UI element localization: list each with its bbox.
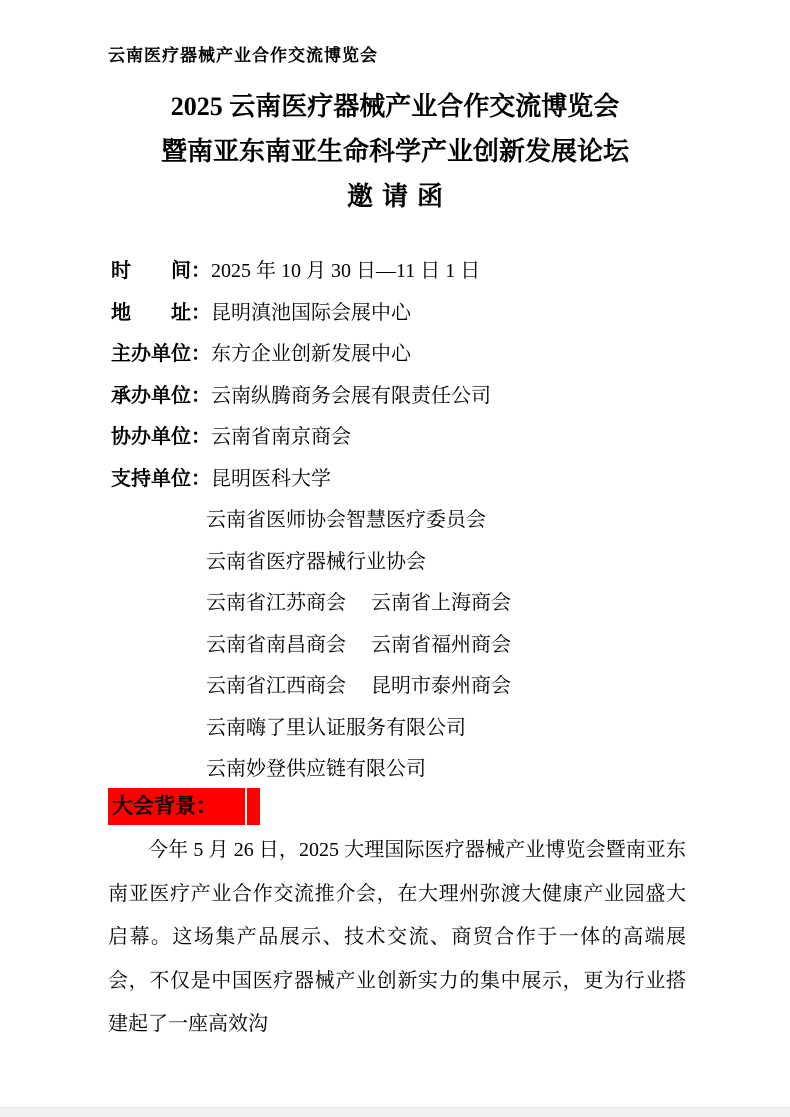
title-line-1: 2025 云南医疗器械产业合作交流博览会 [0, 84, 790, 129]
info-value: 云南省南京商会 [211, 426, 351, 448]
support-unit-line: 云南省南昌商会 云南省福州商会 [111, 625, 691, 667]
info-label: 地址： [111, 293, 211, 335]
info-label: 时间： [111, 251, 211, 293]
info-label-text: 承办单位 [111, 376, 191, 418]
section-heading-text: 大会背景： [108, 788, 245, 825]
support-unit-line: 云南省江西商会 昆明市泰州商会 [111, 666, 691, 708]
support-unit-line: 云南省医疗器械行业协会 [111, 542, 691, 584]
info-value: 云南纵腾商务会展有限责任公司 [211, 385, 491, 407]
support-unit: 云南省医师协会智慧医疗委员会 [206, 509, 486, 531]
background-paragraph: 今年 5 月 26 日，2025 大理国际医疗器械产业博览会暨南亚东南亚医疗产业… [108, 829, 686, 1047]
info-label-text: 地址 [111, 293, 191, 335]
support-unit: 云南省医疗器械行业协会 [206, 551, 426, 573]
info-value: 昆明医科大学 [211, 468, 331, 490]
support-unit: 云南省江苏商会 云南省上海商会 [206, 592, 511, 614]
info-row-time: 时间：2025 年 10 月 30 日—11 日 1 日 [111, 251, 691, 293]
info-label: 承办单位： [111, 376, 211, 418]
document-title: 2025 云南医疗器械产业合作交流博览会 暨南亚东南亚生命科学产业创新发展论坛 … [0, 84, 790, 219]
document-page: 云南医疗器械产业合作交流博览会 2025 云南医疗器械产业合作交流博览会 暨南亚… [0, 0, 790, 1117]
info-row-coorganizer: 协办单位：云南省南京商会 [111, 417, 691, 459]
info-label-text: 主办单位 [111, 334, 191, 376]
info-label-text: 协办单位 [111, 417, 191, 459]
support-unit: 云南省江西商会 昆明市泰州商会 [206, 675, 511, 697]
support-unit: 云南嗨了里认证服务有限公司 [206, 717, 466, 739]
page-bottom-edge [0, 1107, 790, 1117]
support-unit-line: 云南嗨了里认证服务有限公司 [111, 708, 691, 750]
info-label: 支持单位： [111, 459, 211, 501]
info-row-host: 主办单位：东方企业创新发展中心 [111, 334, 691, 376]
info-label: 主办单位： [111, 334, 211, 376]
label-colon: ： [191, 385, 211, 407]
support-unit-line: 云南妙登供应链有限公司 [111, 749, 691, 791]
info-row-supporter: 支持单位：昆明医科大学 [111, 459, 691, 501]
info-value: 东方企业创新发展中心 [211, 343, 411, 365]
label-colon: ： [191, 426, 211, 448]
support-unit: 云南省南昌商会 云南省福州商会 [206, 634, 511, 656]
label-colon: ： [191, 302, 211, 324]
highlight-stub [247, 788, 260, 825]
label-colon: ： [191, 343, 211, 365]
support-unit-line: 云南省江苏商会 云南省上海商会 [111, 583, 691, 625]
title-line-invitation: 邀请函 [0, 174, 790, 219]
info-section: 时间：2025 年 10 月 30 日—11 日 1 日 地址：昆明滇池国际会展… [111, 251, 691, 791]
info-row-organizer: 承办单位：云南纵腾商务会展有限责任公司 [111, 376, 691, 418]
info-value: 2025 年 10 月 30 日—11 日 1 日 [211, 260, 480, 282]
info-label-text: 支持单位 [111, 459, 191, 501]
label-colon: ： [191, 260, 211, 282]
support-unit-line: 云南省医师协会智慧医疗委员会 [111, 500, 691, 542]
title-line-2: 暨南亚东南亚生命科学产业创新发展论坛 [0, 129, 790, 174]
info-label-text: 时间 [111, 251, 191, 293]
info-label: 协办单位： [111, 417, 211, 459]
info-value: 昆明滇池国际会展中心 [211, 302, 411, 324]
label-colon: ： [191, 468, 211, 490]
support-unit: 云南妙登供应链有限公司 [206, 758, 426, 780]
running-header: 云南医疗器械产业合作交流博览会 [108, 41, 378, 66]
section-heading-background: 大会背景： [108, 788, 260, 825]
info-row-address: 地址：昆明滇池国际会展中心 [111, 293, 691, 335]
